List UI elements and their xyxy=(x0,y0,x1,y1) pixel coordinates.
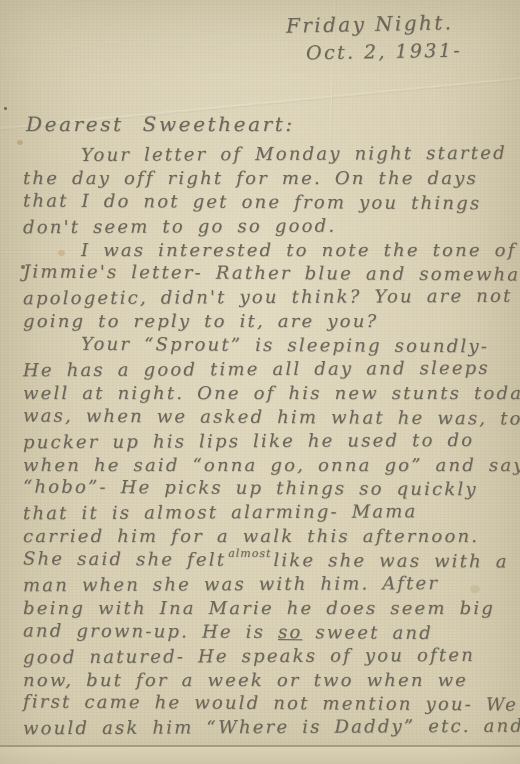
underlined-word: so xyxy=(278,622,303,643)
letter-body: Your letter of Monday night startedthe d… xyxy=(23,143,515,740)
inserted-word-above-line: almost xyxy=(228,542,271,566)
letter-line: was, when we asked him what he was, to xyxy=(23,404,515,431)
letter-line: She said she feltalmostlike she was with… xyxy=(23,548,515,575)
age-spot xyxy=(4,107,7,110)
letter-line: going to reply to it, are you? xyxy=(23,310,515,334)
letter-line: good natured- He speaks of you often xyxy=(23,643,515,669)
letter-line: would ask him “Where is Daddy” etc. and xyxy=(23,715,515,741)
letter-line: apologetic, didn't you think? You are no… xyxy=(23,285,515,311)
letter-line: that I do not get one from you things xyxy=(23,189,515,216)
letter-line: “hobo”- He picks up things so quickly xyxy=(23,476,515,503)
letter-line: Jimmie's letter- Rather blue and somewha… xyxy=(23,261,515,288)
letter-line: the day off right for me. On the days xyxy=(23,167,515,191)
letter-line: and grown-up. He is so sweet and xyxy=(23,619,515,646)
letter-line: well at night. One of his new stunts tod… xyxy=(23,382,515,406)
bottom-fold-line xyxy=(0,745,520,747)
letter-line: being with Ina Marie he does seem big xyxy=(23,597,515,621)
letter-line: He has a good time all day and sleeps xyxy=(23,357,515,383)
letter-salutation: Dearest Sweetheart: xyxy=(26,112,295,136)
letter-line: that it is almost alarming- Mama xyxy=(23,500,515,526)
letter-line: now, but for a week or two when we xyxy=(23,669,515,693)
letter-date-day: Friday Night. xyxy=(286,10,454,38)
letter-line: Your letter of Monday night started xyxy=(23,142,515,168)
letter-date-full: Oct. 2, 1931- xyxy=(306,40,462,65)
letter-line: I was interested to note the tone of xyxy=(23,239,515,263)
bottom-fold-band xyxy=(0,747,520,764)
letter-line: man when she was with him. After xyxy=(23,572,515,598)
letter-page: { "letter": { "paper_color": "#d8cfb4", … xyxy=(0,0,520,764)
letter-line: don't seem to go so good. xyxy=(23,213,515,239)
letter-line: Your “Sprout” is sleeping soundly- xyxy=(23,333,515,360)
letter-line: first came he would not mention you- We xyxy=(23,691,515,718)
letter-line: pucker up his lips like he used to do xyxy=(23,428,515,454)
letter-line: when he said “onna go, onna go” and say xyxy=(23,454,515,478)
